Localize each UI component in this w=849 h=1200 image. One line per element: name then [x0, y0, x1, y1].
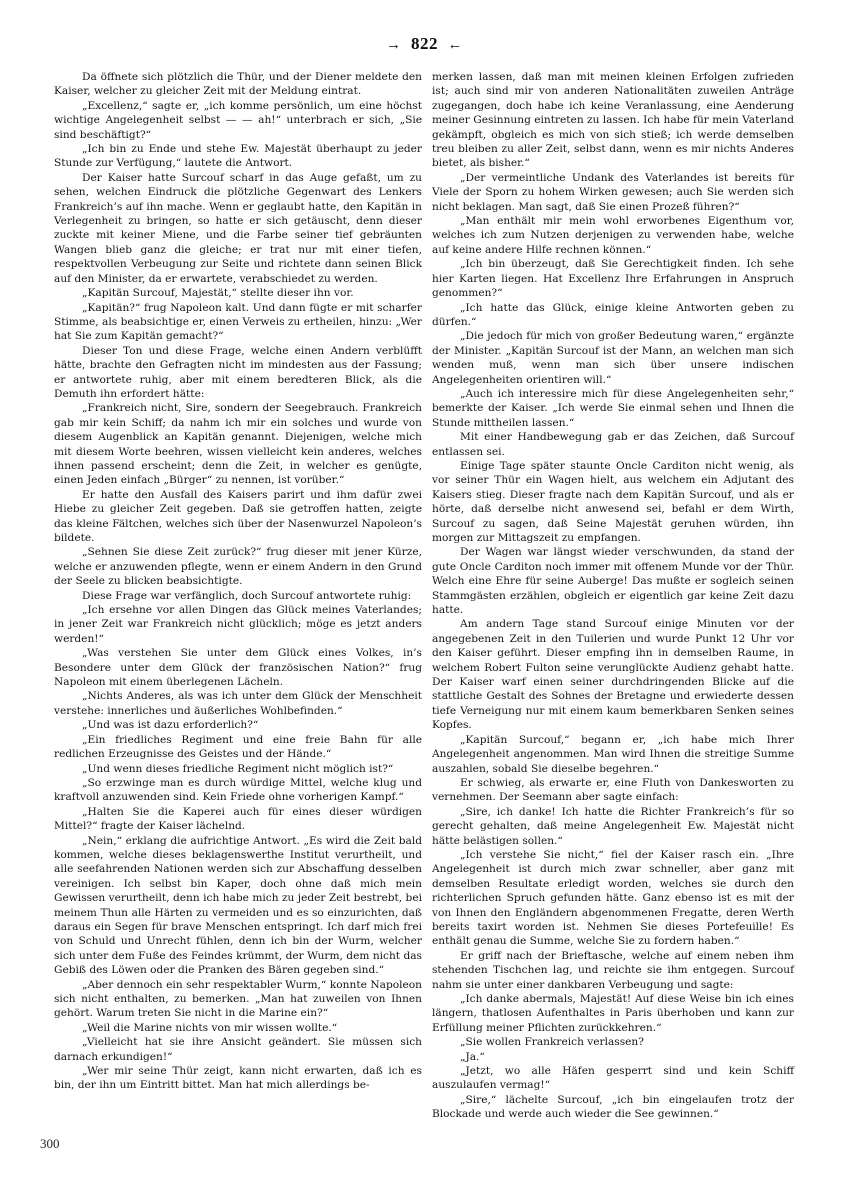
paragraph: „Und wenn dieses friedliche Regiment nic… [54, 762, 422, 776]
paragraph: „Frankreich nicht, Sire, sondern der See… [54, 401, 422, 487]
paragraph: „Ich ersehne vor allen Dingen das Glück … [54, 603, 422, 646]
paragraph: „Was verstehen Sie unter dem Glück eines… [54, 646, 422, 689]
paragraph: „Sie wollen Frankreich verlassen? [432, 1035, 794, 1049]
paragraph: Der Kaiser hatte Surcouf scharf in das A… [54, 171, 422, 286]
paragraph: „Man enthält mir mein wohl erworbenes Ei… [432, 214, 794, 257]
paragraph: „Nein,“ erklang die aufrichtige Antwort.… [54, 834, 422, 978]
paragraph: „Ich danke abermals, Majestät! Auf diese… [432, 992, 794, 1035]
paragraph: Diese Frage war verfänglich, doch Surcou… [54, 589, 422, 603]
paragraph: „Jetzt, wo alle Häfen gesperrt sind und … [432, 1064, 794, 1093]
paragraph: Er schwieg, als erwarte er, eine Fluth v… [432, 776, 794, 805]
left-column: Da öffnete sich plötzlich die Thür, und … [54, 70, 422, 1093]
paragraph: „Kapitän?“ frug Napoleon kalt. Und dann … [54, 301, 422, 344]
left-arrow-icon: ← [448, 37, 464, 53]
right-arrow-icon: → [386, 37, 402, 53]
paragraph: „Ich verstehe Sie nicht,“ fiel der Kaise… [432, 848, 794, 949]
page-header: → 822 ← [0, 34, 849, 54]
folio-number: 300 [40, 1136, 60, 1152]
paragraph: „Sire, ich danke! Ich hatte die Richter … [432, 805, 794, 848]
paragraph: „Der vermeintliche Undank des Vaterlande… [432, 171, 794, 214]
paragraph: „Ich hatte das Glück, einige kleine Antw… [432, 301, 794, 330]
paragraph: Am andern Tage stand Surcouf einige Minu… [432, 617, 794, 732]
paragraph: Einige Tage später staunte Oncle Cardito… [432, 459, 794, 545]
paragraph: „Halten Sie die Kaperei auch für eines d… [54, 805, 422, 834]
paragraph: Der Wagen war längst wieder verschwunden… [432, 545, 794, 617]
paragraph: Er griff nach der Brieftasche, welche au… [432, 949, 794, 992]
paragraph: „Kapitän Surcouf, Majestät,“ stellte die… [54, 286, 422, 300]
paragraph: „Und was ist dazu erforderlich?“ [54, 718, 422, 732]
paragraph: „Auch ich interessire mich für diese Ang… [432, 387, 794, 430]
paragraph: „Wer mir seine Thür zeigt, kann nicht er… [54, 1064, 422, 1093]
paragraph: „Sire,“ lächelte Surcouf, „ich bin einge… [432, 1093, 794, 1122]
paragraph: „Die jedoch für mich von großer Bedeutun… [432, 329, 794, 387]
paragraph: „So erzwinge man es durch würdige Mittel… [54, 776, 422, 805]
paragraph: merken lassen, daß man mit meinen kleine… [432, 70, 794, 171]
paragraph: „Nichts Anderes, als was ich unter dem G… [54, 689, 422, 718]
paragraph: „Ein friedliches Regiment und eine freie… [54, 733, 422, 762]
document-page: → 822 ← Da öffnete sich plötzlich die Th… [0, 0, 849, 1200]
right-column: merken lassen, daß man mit meinen kleine… [432, 70, 794, 1122]
paragraph: Da öffnete sich plötzlich die Thür, und … [54, 70, 422, 99]
paragraph: „Ich bin überzeugt, daß Sie Gerechtigkei… [432, 257, 794, 300]
paragraph: „Ich bin zu Ende und stehe Ew. Majestät … [54, 142, 422, 171]
paragraph: „Kapitän Surcouf,“ begann er, „ich habe … [432, 733, 794, 776]
paragraph: „Aber dennoch ein sehr respektabler Wurm… [54, 978, 422, 1021]
paragraph: „Vielleicht hat sie ihre Ansicht geänder… [54, 1035, 422, 1064]
paragraph: „Sehnen Sie diese Zeit zurück?“ frug die… [54, 545, 422, 588]
paragraph: Er hatte den Ausfall des Kaisers parirt … [54, 488, 422, 546]
paragraph: „Weil die Marine nichts von mir wissen w… [54, 1021, 422, 1035]
page-number: 822 [411, 34, 438, 53]
paragraph: „Ja.“ [432, 1050, 794, 1064]
paragraph: Dieser Ton und diese Frage, welche einen… [54, 344, 422, 402]
paragraph: Mit einer Handbewegung gab er das Zeiche… [432, 430, 794, 459]
paragraph: „Excellenz,“ sagte er, „ich komme persön… [54, 99, 422, 142]
